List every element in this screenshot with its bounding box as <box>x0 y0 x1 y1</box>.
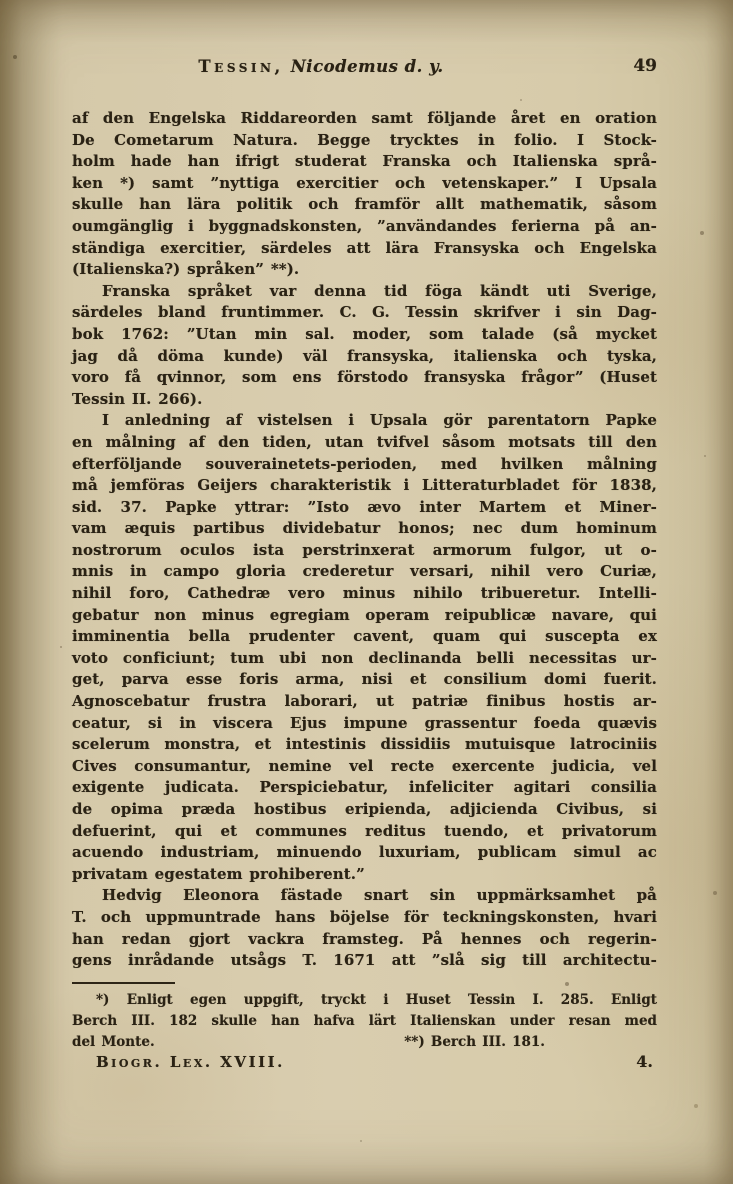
text-line: (Italienska?) språken” **). <box>72 259 657 281</box>
text-line: Agnoscebatur frustra laborari, ut patriæ… <box>72 691 657 713</box>
text-line: scelerum monstra, et intestinis dissidii… <box>72 734 657 756</box>
page-number: 49 <box>72 56 657 76</box>
footnote-continuation: del Monte. <box>72 1032 155 1053</box>
text-line: holm hade han ifrigt studerat Franska oc… <box>72 151 657 173</box>
text-line: mnis in campo gloria crederetur versari,… <box>72 561 657 583</box>
text-line: De Cometarum Natura. Begge trycktes in f… <box>72 130 657 152</box>
text-line: vam æquis partibus dividebatur honos; ne… <box>72 518 657 540</box>
body-text: af den Engelska Riddareorden samt följan… <box>72 108 657 972</box>
text-line: ständiga exercitier, särdeles att lära F… <box>72 238 657 260</box>
text-line: de opima præda hostibus eripienda, adjic… <box>72 799 657 821</box>
text-line: han redan gjort vackra framsteg. På henn… <box>72 929 657 951</box>
text-line: sid. 37. Papke yttrar: ”Isto ævo inter M… <box>72 497 657 519</box>
text-line: särdeles bland fruntimmer. C. G. Tessin … <box>72 302 657 324</box>
text-line: Tessin II. 266). <box>72 389 657 411</box>
text-line: ceatur, si in viscera Ejus impune grasse… <box>72 713 657 735</box>
text-line: exigente judicata. Perspiciebatur, infel… <box>72 777 657 799</box>
text-line: gens inrådande utsågs T. 1671 att ”slå s… <box>72 950 657 972</box>
text-line: Franska språket var denna tid föga kändt… <box>72 281 657 303</box>
text-line: ken *) samt ”nyttiga exercitier och vete… <box>72 173 657 195</box>
book-page: Tessin,Nicodemus d. y. 49 af den Engelsk… <box>0 0 733 1184</box>
sheet-number: 4. <box>636 1052 653 1071</box>
footnote-second-reference: **) Berch III. 181. <box>404 1032 545 1053</box>
footnote-separator <box>72 982 175 984</box>
text-line: nihil foro, Cathedræ vero minus nihilo t… <box>72 583 657 605</box>
text-line: efterföljande souverainetets-perioden, m… <box>72 454 657 476</box>
text-line: voro få qvinnor, som ens förstodo fransy… <box>72 367 657 389</box>
text-line: voto conficiunt; tum ubi non declinanda … <box>72 648 657 670</box>
scan-dust-specks <box>0 0 2 2</box>
text-line: jag då döma kunde) väl fransyska, italie… <box>72 346 657 368</box>
text-line: get, parva esse foris arma, nisi et cons… <box>72 669 657 691</box>
text-line: acuendo industriam, minuendo luxuriam, p… <box>72 842 657 864</box>
text-line: en målning af den tiden, utan tvifvel så… <box>72 432 657 454</box>
text-line: T. och uppmuntrade hans böjelse för teck… <box>72 907 657 929</box>
footnote-line-1: *) Enligt egen uppgift, tryckt i Huset T… <box>72 990 657 1011</box>
text-line: imminentia bella prudenter cavent, quam … <box>72 626 657 648</box>
text-line: Cives consumantur, nemine vel recte exer… <box>72 756 657 778</box>
footnote-line-3: del Monte. **) Berch III. 181. <box>72 1032 657 1053</box>
text-line: nostrorum oculos ista perstrinxerat armo… <box>72 540 657 562</box>
text-line: af den Engelska Riddareorden samt följan… <box>72 108 657 130</box>
text-line: bok 1762: ”Utan min sal. moder, som tala… <box>72 324 657 346</box>
series-signature: Biogr. Lex. XVIII. <box>96 1053 285 1071</box>
text-line: oumgänglig i byggnadskonsten, ”användand… <box>72 216 657 238</box>
text-line: må jemföras Geijers charakteristik i Lit… <box>72 475 657 497</box>
page-footer: Biogr. Lex. XVIII. 4. <box>72 1052 657 1071</box>
text-line: Hedvig Eleonora fästade snart sin uppmär… <box>72 885 657 907</box>
text-line: privatam egestatem prohiberent.” <box>72 864 657 886</box>
text-line: I anledning af vistelsen i Upsala gör pa… <box>72 410 657 432</box>
footnote-line-2: Berch III. 182 skulle han hafva lärt Ita… <box>72 1011 657 1032</box>
text-line: defuerint, qui et communes reditus tuend… <box>72 821 657 843</box>
footnotes: *) Enligt egen uppgift, tryckt i Huset T… <box>72 990 657 1053</box>
text-line: skulle han lära politik och framför allt… <box>72 194 657 216</box>
text-line: gebatur non minus egregiam operam reipub… <box>72 605 657 627</box>
